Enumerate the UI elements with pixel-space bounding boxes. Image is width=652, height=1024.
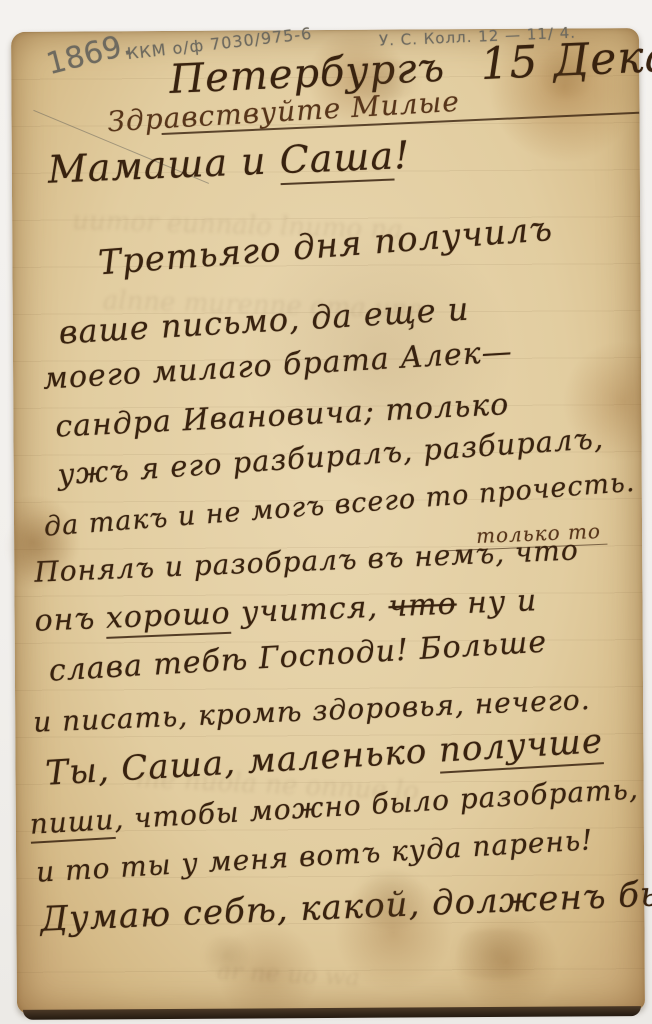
salutation-exclamation: ! xyxy=(393,133,411,178)
body-line-11-underlined-word: получше xyxy=(438,721,604,774)
body-line-8-struck-word: что xyxy=(388,586,458,624)
body-line-12-text: , чтобы можно было разобрать, xyxy=(113,772,639,836)
pencil-stroke xyxy=(33,110,209,184)
body-line-10: и писать, кромѣ здоровья, нечего. xyxy=(33,683,592,739)
stain xyxy=(346,869,436,930)
stain xyxy=(531,48,601,98)
stain xyxy=(341,59,431,100)
body-line-12-underlined-word: пиши xyxy=(29,803,116,844)
show-through-text: ar ne uo wa xyxy=(216,957,360,992)
body-line-11-text: Ты, Саша, маленько xyxy=(44,731,440,794)
stain xyxy=(197,935,257,975)
scanned-letter-photo: 1869. ККМ о/ф 7030/975-6 У. С. Колл. 12 … xyxy=(0,0,652,1024)
show-through-text: uumor eunnalo lnumo na xyxy=(72,206,403,246)
body-line-2: ваше письмо, да еще и xyxy=(58,290,471,352)
body-line-8-text: ну и xyxy=(456,583,538,621)
show-through-text: me nuola ne onnue lo xyxy=(135,764,420,807)
heading-date: 15 Декабря xyxy=(479,27,652,90)
show-through-text: alnne murenne oma une xyxy=(102,286,423,325)
body-line-8-text: учится, xyxy=(230,589,389,630)
heading-underline xyxy=(162,112,640,135)
inventory-number-annotation: ККМ о/ф 7030/975-6 xyxy=(126,24,313,63)
letter-heading: Петербургъ 15 Декабря xyxy=(168,27,652,104)
stain xyxy=(436,929,556,980)
body-line-3: моего милаго брата Алек— xyxy=(42,334,513,396)
body-line-14: Думаю себѣ, какой, долженъ быть xyxy=(40,872,652,940)
body-line-4: сандра Ивановича; только xyxy=(55,387,510,445)
body-line-5: ужъ я его разбиралъ, разбиралъ, xyxy=(57,421,605,492)
body-line-8-text: онъ xyxy=(34,601,107,639)
body-line-12: пиши, чтобы можно было разобрать, xyxy=(29,772,640,841)
body-line-6: да такъ и не могъ всего то прочесть. xyxy=(43,467,636,543)
year-annotation: 1869. xyxy=(43,27,135,82)
salutation-name-underlined: Саша xyxy=(279,134,395,186)
heading-place: Петербургъ xyxy=(168,45,446,103)
salutation-line-2: Мамаша и Саша! xyxy=(47,133,411,192)
body-line-7: Понялъ и разобралъ въ немъ, что xyxy=(34,533,580,588)
interlinear-insertion: только то xyxy=(446,519,608,552)
body-line-11: Ты, Саша, маленько получше xyxy=(44,721,604,794)
body-line-13: и то ты у меня вотъ куда парень! xyxy=(35,823,594,889)
salutation-line-1: Здравствуйте Милые xyxy=(107,85,461,139)
body-line-8-underlined-word: хорошо xyxy=(105,596,231,639)
stain xyxy=(4,512,74,582)
body-line-9: слава тебѣ Господи! Больше xyxy=(48,625,548,689)
letter-paper: 1869. ККМ о/ф 7030/975-6 У. С. Колл. 12 … xyxy=(11,28,645,1014)
body-line-1: Третьяго дня получилъ xyxy=(97,209,554,283)
body-line-8: онъ хорошо учится, что ну и xyxy=(34,583,538,639)
collection-mark-annotation: У. С. Колл. 12 — 11/ 4. xyxy=(379,24,577,50)
